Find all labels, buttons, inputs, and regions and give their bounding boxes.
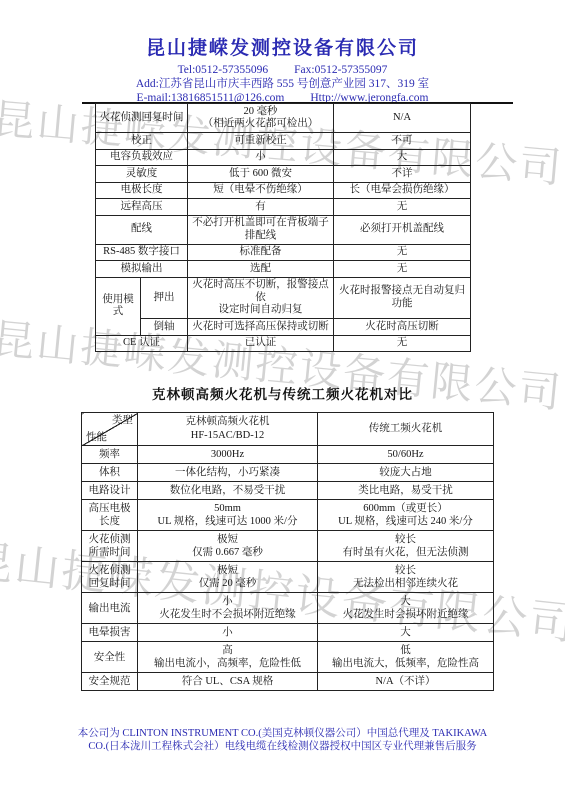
table-cell: 无 <box>334 335 471 352</box>
row-label: 安全规范 <box>82 673 138 691</box>
table-cell: 无 <box>334 244 471 261</box>
table-row: 频率3000Hz50/60Hz <box>82 446 494 464</box>
table-cell: 火花时高压不切断，报警接点依 设定时间自动归复 <box>188 277 334 319</box>
table-row: 安全规范符合 UL、CSA 规格N/A（不详） <box>82 673 494 691</box>
table-cell: 20 毫秒 （相近两火花都可检出） <box>188 104 334 133</box>
corner-performance-label: 性能 <box>86 431 107 444</box>
table-cell: 数位化电路，不易受干扰 <box>138 482 318 500</box>
table-row: 电容负载效应小大 <box>96 149 471 166</box>
row-label: 电晕损害 <box>82 624 138 642</box>
table-row: 输出电流小 火花发生时不会损坏附近绝缘大 火花发生时会损坏附近绝缘 <box>82 593 494 624</box>
table-row: 体积一体化结构，小巧紧凑较庞大占地 <box>82 464 494 482</box>
table-row: 使用模式押出火花时高压不切断，报警接点依 设定时间自动归复火花时报警接点无自动复… <box>96 277 471 319</box>
table-cell: 无 <box>334 199 471 216</box>
table-cell: 有 <box>188 199 334 216</box>
table-row: 电极长度短（电晕不伤绝缘）长（电晕会损伤绝缘） <box>96 182 471 199</box>
row-label: 体积 <box>82 464 138 482</box>
table-cell: 低 输出电流大，低频率，危险性高 <box>318 642 494 673</box>
table-cell: 较长 无法检出相邻连续火花 <box>318 562 494 593</box>
table-cell: 极短 仅需 0.667 毫秒 <box>138 531 318 562</box>
table-cell: 火花时高压切断 <box>334 319 471 336</box>
table-cell: 已认证 <box>188 335 334 352</box>
table-cell: 600mm（或更长） UL 规格，线速可达 240 米/分 <box>318 500 494 531</box>
tel-fax-line: Tel:0512-57355096Fax:0512-57355097 <box>0 63 565 77</box>
mode-label: 倒轴 <box>141 319 188 336</box>
table-row: 火花侦测回复时间20 毫秒 （相近两火花都可检出）N/A <box>96 104 471 133</box>
row-label: 火花侦测回复时间 <box>96 104 188 133</box>
table-row: 火花侦测 回复时间极短 仅需 20 毫秒较长 无法检出相邻连续火花 <box>82 562 494 593</box>
tel: Tel:0512-57355096 <box>178 64 269 76</box>
row-label: 火花侦测 回复时间 <box>82 562 138 593</box>
table-cell: 可重新校正 <box>188 133 334 150</box>
table-cell: 较庞大占地 <box>318 464 494 482</box>
row-label: RS-485 数字接口 <box>96 244 188 261</box>
table-cell: 小 <box>138 624 318 642</box>
fax: Fax:0512-57355097 <box>294 64 387 76</box>
letterhead: 昆山捷嵘发测控设备有限公司 Tel:0512-57355096Fax:0512-… <box>0 33 565 105</box>
corner-type-label: 类型 <box>112 414 133 427</box>
table-cell: 标准配备 <box>188 244 334 261</box>
footer-line1: 本公司为 CLINTON INSTRUMENT CO.(美国克林顿仪器公司）中国… <box>0 727 565 740</box>
row-label: 高压电极 长度 <box>82 500 138 531</box>
table-cell: 一体化结构，小巧紧凑 <box>138 464 318 482</box>
row-label: 校正 <box>96 133 188 150</box>
column-header-clinton: 克林顿高频火花机 HF-15AC/BD-12 <box>138 413 318 446</box>
table-row: 灵敏度低于 600 微安不详 <box>96 166 471 183</box>
table-cell: 必须打开机盖配线 <box>334 215 471 244</box>
table-cell: 小 火花发生时不会损坏附近绝缘 <box>138 593 318 624</box>
mode-label: 押出 <box>141 277 188 319</box>
table-cell: 选配 <box>188 261 334 278</box>
table-row: 倒轴火花时可选择高压保持或切断火花时高压切断 <box>96 319 471 336</box>
table-cell: N/A <box>334 104 471 133</box>
row-label: 安全性 <box>82 642 138 673</box>
table-row: 高压电极 长度50mm UL 规格，线速可达 1000 米/分600mm（或更长… <box>82 500 494 531</box>
table-row: 电路设计数位化电路，不易受干扰类比电路，易受干扰 <box>82 482 494 500</box>
corner-cell: 类型 性能 <box>82 413 138 446</box>
table-cell: 不可 <box>334 133 471 150</box>
table-row: 火花侦测 所需时间极短 仅需 0.667 毫秒较长 有时虽有火花，但无法侦测 <box>82 531 494 562</box>
table-cell: 不必打开机盖即可在背板端子 排配线 <box>188 215 334 244</box>
table-cell: 短（电晕不伤绝缘） <box>188 182 334 199</box>
row-label: 输出电流 <box>82 593 138 624</box>
company-name: 昆山捷嵘发测控设备有限公司 <box>0 33 565 60</box>
row-label: 电容负载效应 <box>96 149 188 166</box>
column-header-traditional: 传统工频火花机 <box>318 413 494 446</box>
table-cell: N/A（不详） <box>318 673 494 691</box>
table-header-row: 类型 性能 克林顿高频火花机 HF-15AC/BD-12 传统工频火花机 <box>82 413 494 446</box>
row-label: 远程高压 <box>96 199 188 216</box>
table-cell: 极短 仅需 20 毫秒 <box>138 562 318 593</box>
table-cell: 火花时报警接点无自动复归 功能 <box>334 277 471 319</box>
table-row: 模拟输出选配无 <box>96 261 471 278</box>
table-cell: 大 火花发生时会损坏附近绝缘 <box>318 593 494 624</box>
table-cell: 类比电路，易受干扰 <box>318 482 494 500</box>
footer: 本公司为 CLINTON INSTRUMENT CO.(美国克林顿仪器公司）中国… <box>0 727 565 753</box>
table-cell: 长（电晕会损伤绝缘） <box>334 182 471 199</box>
table-row: CE 认证已认证无 <box>96 335 471 352</box>
row-label: 模拟输出 <box>96 261 188 278</box>
table-cell: 无 <box>334 261 471 278</box>
row-label: 火花侦测 所需时间 <box>82 531 138 562</box>
row-label: 电路设计 <box>82 482 138 500</box>
table-cell: 小 <box>188 149 334 166</box>
table-cell: 3000Hz <box>138 446 318 464</box>
table2-title: 克林顿高频火花机与传统工频火花机对比 <box>0 383 565 403</box>
table-cell: 50mm UL 规格，线速可达 1000 米/分 <box>138 500 318 531</box>
table-cell: 大 <box>318 624 494 642</box>
table-row: 配线不必打开机盖即可在背板端子 排配线必须打开机盖配线 <box>96 215 471 244</box>
table-cell: 低于 600 微安 <box>188 166 334 183</box>
spec-comparison-table: 火花侦测回复时间20 毫秒 （相近两火花都可检出）N/A校正可重新校正不可电容负… <box>95 103 471 352</box>
table-cell: 符合 UL、CSA 规格 <box>138 673 318 691</box>
table-row: 远程高压有无 <box>96 199 471 216</box>
table-cell: 50/60Hz <box>318 446 494 464</box>
row-label: 灵敏度 <box>96 166 188 183</box>
table-cell: 火花时可选择高压保持或切断 <box>188 319 334 336</box>
row-label: 频率 <box>82 446 138 464</box>
row-label: CE 认证 <box>96 335 188 352</box>
row-label: 使用模式 <box>96 277 141 335</box>
table-cell: 较长 有时虽有火花，但无法侦测 <box>318 531 494 562</box>
row-label: 电极长度 <box>96 182 188 199</box>
table-row: RS-485 数字接口标准配备无 <box>96 244 471 261</box>
address: Add:江苏省昆山市庆丰西路 555 号创意产业园 317、319 室 <box>136 78 429 90</box>
address-line: Add:江苏省昆山市庆丰西路 555 号创意产业园 317、319 室 <box>0 77 565 91</box>
table-row: 电晕损害小大 <box>82 624 494 642</box>
table-row: 安全性高 输出电流小，高频率，危险性低低 输出电流大，低频率，危险性高 <box>82 642 494 673</box>
table-cell: 高 输出电流小，高频率，危险性低 <box>138 642 318 673</box>
footer-line2: CO.(日本泷川工程株式会社）电线电缆在线检测仪器授权中国区专业代理兼售后服务 <box>0 740 565 753</box>
hf-vs-traditional-table: 类型 性能 克林顿高频火花机 HF-15AC/BD-12 传统工频火花机 频率3… <box>81 412 494 691</box>
table-row: 校正可重新校正不可 <box>96 133 471 150</box>
table-cell: 大 <box>334 149 471 166</box>
table-cell: 不详 <box>334 166 471 183</box>
row-label: 配线 <box>96 215 188 244</box>
